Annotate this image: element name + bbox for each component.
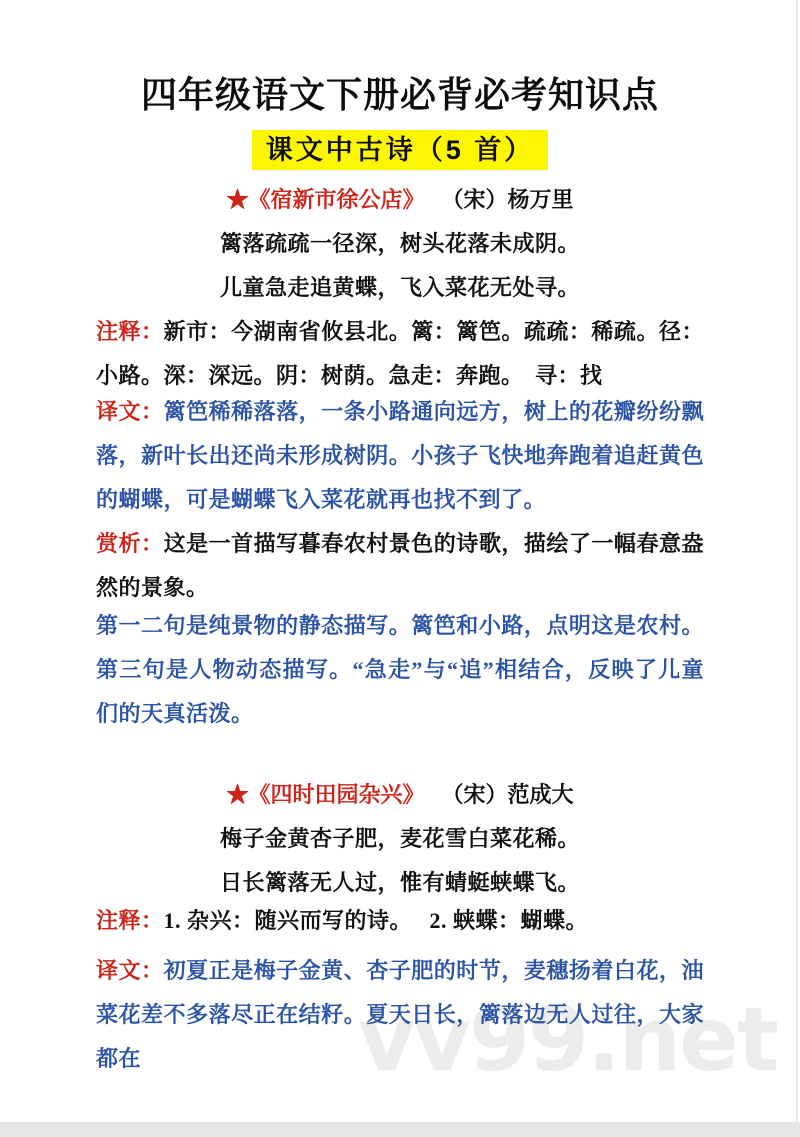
poem-1-analysis-paragraph: 赏析：这是一首描写暮春农村景色的诗歌，描绘了一幅春意盎然的景象。 xyxy=(96,522,704,610)
translation-label: 译文： xyxy=(96,958,164,983)
star-icon: ★ xyxy=(226,782,248,807)
poem-2-line-1: 梅子金黄杏子肥，麦花雪白菜花稀。 xyxy=(96,817,704,861)
translation-text: 初夏正是梅子金黄、杏子肥的时节，麦穗扬着白花，油菜花差不多落尽正在结籽。夏天日长… xyxy=(96,958,704,1071)
section-heading-wrap: 课文中古诗（5 首） xyxy=(96,130,704,170)
poem-1-notes-paragraph: 注释：新市：今湖南省攸县北。篱：篱笆。疏疏：稀疏。径：小路。深：深远。阴：树荫。… xyxy=(96,310,704,398)
analysis-label: 赏析： xyxy=(96,531,164,556)
page-title: 四年级语文下册必背必考知识点 xyxy=(96,0,704,116)
page-right-edge xyxy=(796,0,798,1122)
poem-1-analysis-extra-paragraph: 第一二句是纯景物的静态描写。篱笆和小路，点明这是农村。第三句是人物动态描写。“急… xyxy=(96,604,704,736)
poem-section-1: ★《宿新市徐公店》（宋）杨万里 篱落疏疏一径深，树头花落未成阴。 儿童急走追黄蝶… xyxy=(96,178,704,736)
notes-text: 新市：今湖南省攸县北。篱：篱笆。疏疏：稀疏。径：小路。深：深远。阴：树荫。急走：… xyxy=(96,319,704,388)
poem-1-title: 《宿新市徐公店》 xyxy=(248,187,424,212)
notes-label: 注释： xyxy=(96,319,164,344)
translation-label: 译文： xyxy=(96,399,164,424)
notes-text: 1. 杂兴：随兴而写的诗。 2. 蛱蝶：蝴蝶。 xyxy=(164,908,589,933)
poem-1-translation-paragraph: 译文：篱笆稀稀落落，一条小路通向远方，树上的花瓣纷纷飘落，新叶长出还尚未形成树阴… xyxy=(96,390,704,522)
section-heading-highlight: 课文中古诗（5 首） xyxy=(252,130,549,170)
star-icon: ★ xyxy=(226,187,248,212)
poem-2-translation-paragraph: 译文：初夏正是梅子金黄、杏子肥的时节，麦穗扬着白花，油菜花差不多落尽正在结籽。夏… xyxy=(96,949,704,1081)
translation-text: 篱笆稀稀落落，一条小路通向远方，树上的花瓣纷纷飘落，新叶长出还尚未形成树阴。小孩… xyxy=(96,399,704,512)
poem-2-author: （宋）范成大 xyxy=(453,782,574,807)
page-bottom-edge xyxy=(0,1122,800,1137)
analysis-extra-text: 第一二句是纯景物的静态描写。篱笆和小路，点明这是农村。第三句是人物动态描写。“急… xyxy=(96,613,704,726)
poem-section-2: ★《四时田园杂兴》（宋）范成大 梅子金黄杏子肥，麦花雪白菜花稀。 日长篱落无人过… xyxy=(96,773,704,1081)
poem-2-title: 《四时田园杂兴》 xyxy=(248,782,424,807)
poem-1-line-1: 篱落疏疏一径深，树头花落未成阴。 xyxy=(96,222,704,266)
poem-2-header: ★《四时田园杂兴》（宋）范成大 xyxy=(96,773,704,817)
document-page: 四年级语文下册必背必考知识点 课文中古诗（5 首） ★《宿新市徐公店》（宋）杨万… xyxy=(96,0,704,1081)
poem-1-line-2: 儿童急走追黄蝶，飞入菜花无处寻。 xyxy=(96,266,704,310)
analysis-text: 这是一首描写暮春农村景色的诗歌，描绘了一幅春意盎然的景象。 xyxy=(96,531,704,600)
poem-2-notes-paragraph: 注释：1. 杂兴：随兴而写的诗。 2. 蛱蝶：蝴蝶。 xyxy=(96,899,704,943)
notes-label: 注释： xyxy=(96,908,164,933)
poem-1-author: （宋）杨万里 xyxy=(453,187,574,212)
poem-1-header: ★《宿新市徐公店》（宋）杨万里 xyxy=(96,178,704,222)
